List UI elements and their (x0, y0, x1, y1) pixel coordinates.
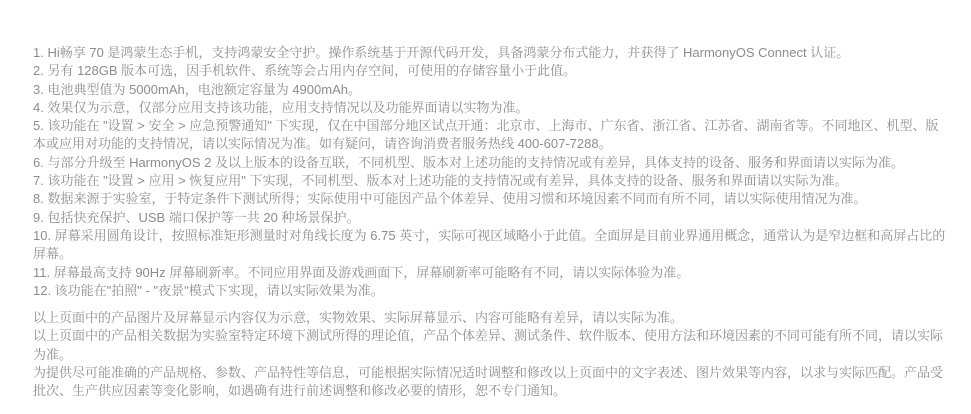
footnote-item: 8. 数据来源于实验室，于特定条件下测试所得；实际使用中可能因产品个体差异、使用… (33, 190, 949, 208)
footnote-item: 5. 该功能在 "设置 > 安全 > 应急预警通知" 下实现，仅在中国部分地区试… (33, 117, 949, 154)
disclaimer-document: 1. Hi畅享 70 是鸿蒙生态手机，支持鸿蒙安全守护。操作系统基于开源代码开发… (33, 44, 949, 401)
legal-paragraph: 为提供尽可能准确的产品规格、参数、产品特性等信息，可能根据实际情况适时调整和修改… (33, 364, 949, 401)
footnote-item: 9. 包括快充保护、USB 端口保护等一共 20 种场景保护。 (33, 209, 949, 227)
footnote-item: 1. Hi畅享 70 是鸿蒙生态手机，支持鸿蒙安全守护。操作系统基于开源代码开发… (33, 44, 949, 62)
footnote-item: 11. 屏幕最高支持 90Hz 屏幕刷新率。不同应用界面及游戏画面下，屏幕刷新率… (33, 264, 949, 282)
footnote-item: 4. 效果仅为示意，仅部分应用支持该功能，应用支持情况以及功能界面请以实物为准。 (33, 99, 949, 117)
footnote-item: 3. 电池典型值为 5000mAh，电池额定容量为 4900mAh。 (33, 81, 949, 99)
footnote-item: 10. 屏幕采用圆角设计，按照标准矩形测量时对角线长度为 6.75 英寸，实际可… (33, 227, 949, 264)
footnote-item: 6. 与部分升级至 HarmonyOS 2 及以上版本的设备互联，不同机型、版本… (33, 154, 949, 172)
legal-paragraph: 以上页面中的产品图片及屏幕显示内容仅为示意，实物效果、实际屏幕显示、内容可能略有… (33, 309, 949, 327)
legal-paragraphs: 以上页面中的产品图片及屏幕显示内容仅为示意，实物效果、实际屏幕显示、内容可能略有… (33, 309, 949, 400)
footnote-item: 12. 该功能在"拍照" - "夜景"模式下实现，请以实际效果为准。 (33, 282, 949, 300)
footnote-item: 7. 该功能在 "设置 > 应用 > 恢复应用" 下实现，不同机型、版本对上述功… (33, 172, 949, 190)
footnote-item: 2. 另有 128GB 版本可选，因手机软件、系统等会占用内存空间，可使用的存储… (33, 62, 949, 80)
footnote-list: 1. Hi畅享 70 是鸿蒙生态手机，支持鸿蒙安全守护。操作系统基于开源代码开发… (33, 44, 949, 300)
legal-paragraph: 以上页面中的产品相关数据为实验室特定环境下测试所得的理论值，产品个体差异、测试条… (33, 327, 949, 364)
